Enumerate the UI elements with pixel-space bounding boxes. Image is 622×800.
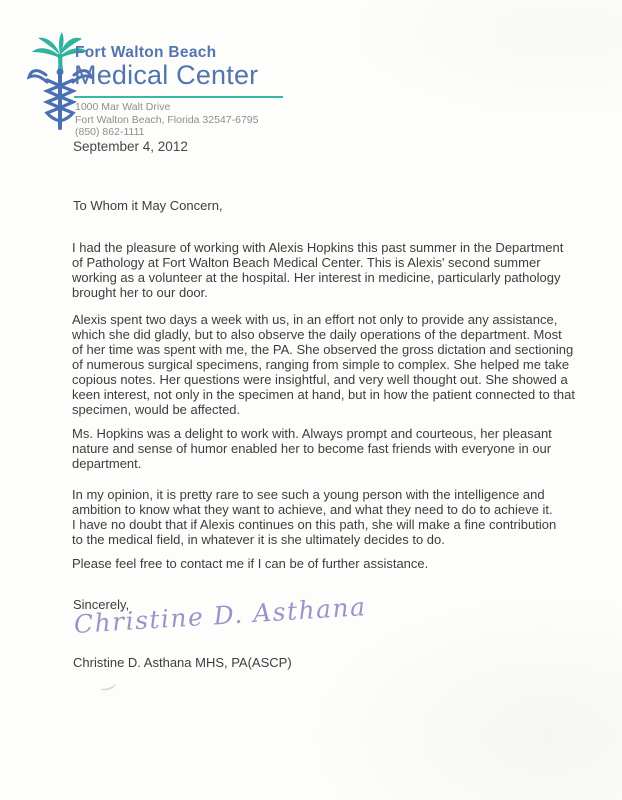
scanned-letter-page: Fort Walton Beach Medical Center 1000 Ma…	[0, 0, 622, 800]
salutation: To Whom it May Concern,	[73, 198, 223, 213]
paragraph-3: Ms. Hopkins was a delight to work with. …	[72, 426, 612, 471]
signer-name-typed: Christine D. Asthana MHS, PA(ASCP)	[73, 655, 292, 670]
org-name-line2: Medical Center	[74, 60, 258, 91]
scan-smudge	[99, 679, 117, 693]
letter-date: September 4, 2012	[73, 139, 188, 154]
paragraph-2: Alexis spent two days a week with us, in…	[72, 312, 612, 417]
paragraph-4: In my opinion, it is pretty rare to see …	[72, 487, 612, 547]
paragraph-1: I had the pleasure of working with Alexi…	[72, 240, 612, 300]
letterhead-address: 1000 Mar Walt Drive Fort Walton Beach, F…	[75, 101, 258, 139]
paragraph-5: Please feel free to contact me if I can …	[72, 556, 612, 571]
brand-underline	[74, 96, 283, 98]
